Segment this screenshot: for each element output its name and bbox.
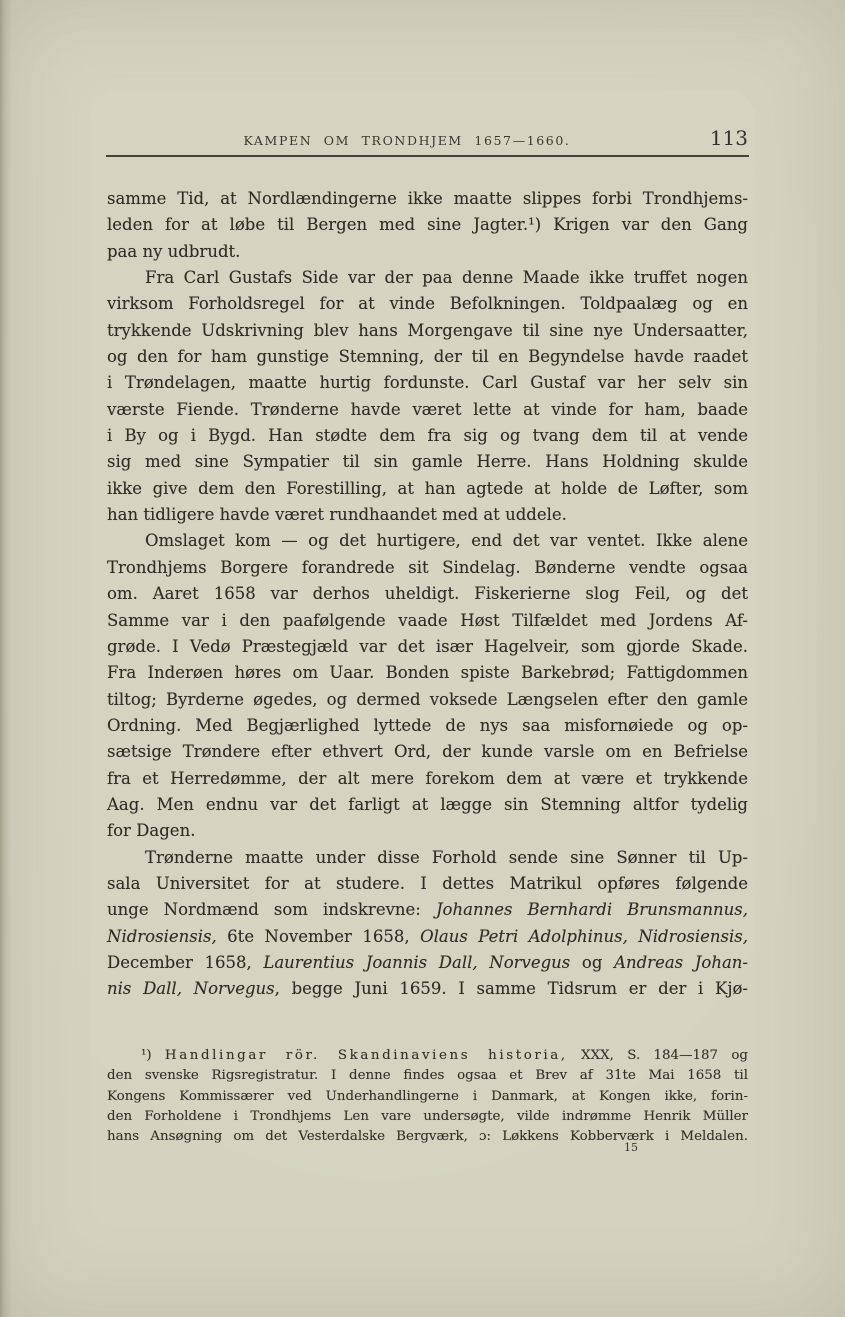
text-line: Fra Carl Gustafs Side var der paa denne … (107, 265, 748, 291)
page-number: 113 (690, 126, 748, 150)
scanned-book-page: KAMPEN OM TRONDHJEM 1657—1660. 113 samme… (0, 0, 845, 1317)
text-line: sætsige Trøndere efter ethvert Ord, der … (107, 739, 748, 765)
text-line: i Trøndelagen, maatte hurtig fordunste. … (107, 370, 748, 396)
text-line: tiltog; Byrderne øgedes, og dermed vokse… (107, 687, 748, 713)
text-line: virksom Forholdsregel for at vinde Befol… (107, 291, 748, 317)
text-line: i By og i Bygd. Han stødte dem fra sig o… (107, 423, 748, 449)
text-line: ¹) Handlingar rör. Skandinaviens histori… (107, 1046, 748, 1066)
text-line: unge Nordmænd som indskrevne: Johannes B… (107, 897, 748, 923)
header-rule (106, 155, 749, 157)
text-line: Nidrosiensis, 6te November 1658, Olaus P… (107, 924, 748, 950)
text-line: sig med sine Sympatier til sin gamle Her… (107, 449, 748, 475)
text-line: December 1658, Laurentius Joannis Dall, … (107, 950, 748, 976)
text-line: om. Aaret 1658 var derhos uheldigt. Fisk… (107, 581, 748, 607)
text-line: Kongens Kommissærer ved Underhandlingern… (107, 1087, 748, 1107)
text-line: Trondhjems Borgere forandrede sit Sindel… (107, 555, 748, 581)
text-line: Ordning. Med Begjærlighed lyttede de nys… (107, 713, 748, 739)
text-line: og den for ham gunstige Stemning, der ti… (107, 344, 748, 370)
text-line: trykkende Udskrivning blev hans Morgenga… (107, 318, 748, 344)
signature-mark: 15 (624, 1141, 638, 1154)
text-line: den svenske Rigsregistratur. I denne fin… (107, 1066, 748, 1086)
body-text: samme Tid, at Nordlændingerne ikke maatt… (107, 186, 748, 1003)
text-line: Fra Inderøen høres om Uaar. Bonden spist… (107, 660, 748, 686)
text-line: hans Ansøgning om det Vesterdalske Bergv… (107, 1127, 748, 1147)
text-line: samme Tid, at Nordlændingerne ikke maatt… (107, 186, 748, 212)
text-line: ikke give dem den Forestilling, at han a… (107, 476, 748, 502)
text-line: han tidligere havde været rundhaandet me… (107, 502, 748, 528)
text-line: Aag. Men endnu var det farligt at lægge … (107, 792, 748, 818)
text-line: Trønderne maatte under disse Forhold sen… (107, 845, 748, 871)
footnote: ¹) Handlingar rör. Skandinaviens histori… (107, 1046, 748, 1147)
text-line: nis Dall, Norvegus, begge Juni 1659. I s… (107, 976, 748, 1002)
text-line: værste Fiende. Trønderne havde været let… (107, 397, 748, 423)
text-line: fra et Herredømme, der alt mere forekom … (107, 766, 748, 792)
running-header: KAMPEN OM TRONDHJEM 1657—1660. (107, 133, 707, 148)
text-line: den Forholdene i Trondhjems Len vare und… (107, 1107, 748, 1127)
text-line: paa ny udbrudt. (107, 239, 748, 265)
text-line: Omslaget kom — og det hurtigere, end det… (107, 528, 748, 554)
text-line: for Dagen. (107, 818, 748, 844)
text-line: Samme var i den paafølgende vaade Høst T… (107, 608, 748, 634)
text-line: leden for at løbe til Bergen med sine Ja… (107, 212, 748, 238)
page-edge-shadow (0, 0, 12, 1317)
text-line: grøde. I Vedø Præstegjæld var det især H… (107, 634, 748, 660)
text-line: sala Universitet for at studere. I dette… (107, 871, 748, 897)
